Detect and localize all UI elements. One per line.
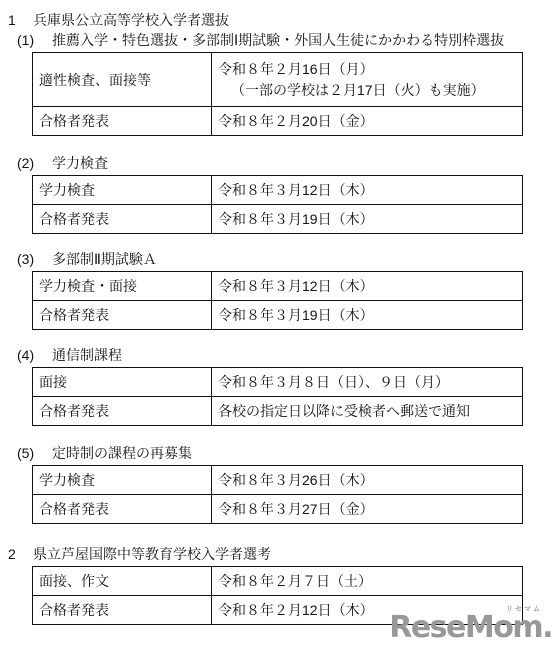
table-row: 面接 令和８年３月８日（日）、９日（月） <box>33 368 523 397</box>
section-suisen: (1)推薦入学・特色選抜・多部制Ⅰ期試験・外国人生徒にかかわる特別枠選抜 適性検… <box>0 31 558 136</box>
row-label-cell: 合格者発表 <box>33 397 212 426</box>
row-value-cell: 令和８年３月８日（日）、９日（月） <box>212 368 523 397</box>
heading-title: 県立芦屋国際中等教育学校入学者選考 <box>33 546 271 562</box>
table-row: 合格者発表 令和８年３月19日（木） <box>33 301 523 330</box>
heading-level2: (3)多部制Ⅱ期試験Ａ <box>17 250 558 268</box>
heading-level2: (4)通信制課程 <box>17 346 558 364</box>
row-value-cell: 令和８年３月26日（木） <box>212 466 523 495</box>
table-row: 合格者発表 令和８年２月20日（金） <box>33 107 523 136</box>
heading-number: (2) <box>17 154 52 172</box>
row-value-cell: 令和８年２月16日（月） （一部の学校は２月17日（火）も実施） <box>212 53 523 107</box>
heading-number: (5) <box>17 444 52 462</box>
row-label-cell: 合格者発表 <box>33 205 212 234</box>
row-label-cell: 合格者発表 <box>33 495 212 524</box>
heading-title: 学力検査 <box>52 155 108 171</box>
heading-title: 兵庫県公立高等学校入学者選抜 <box>33 12 229 28</box>
heading-number: (1) <box>17 31 52 49</box>
heading-title: 通信制課程 <box>52 347 122 363</box>
schedule-table: 学力検査・面接 令和８年３月12日（木） 合格者発表 令和８年３月19日（木） <box>32 271 523 330</box>
schedule-table: 学力検査 令和８年３月26日（木） 合格者発表 令和８年３月27日（金） <box>32 465 523 524</box>
row-label-cell: 合格者発表 <box>33 301 212 330</box>
heading-number: 1 <box>8 11 33 29</box>
heading-level2: (1)推薦入学・特色選抜・多部制Ⅰ期試験・外国人生徒にかかわる特別枠選抜 <box>17 31 558 49</box>
row-value-cell: 令和８年３月12日（木） <box>212 272 523 301</box>
table-row: 学力検査 令和８年３月12日（木） <box>33 176 523 205</box>
table-row: 適性検査、面接等 令和８年２月16日（月） （一部の学校は２月17日（火）も実施… <box>33 53 523 107</box>
heading-level1-ashiya: 2県立芦屋国際中等教育学校入学者選考 <box>8 545 558 563</box>
section-teijisei: (5)定時制の課程の再募集 学力検査 令和８年３月26日（木） 合格者発表 令和… <box>0 444 558 524</box>
row-value-cell: 令和８年３月19日（木） <box>212 205 523 234</box>
row-value-cell: 令和８年３月27日（金） <box>212 495 523 524</box>
row-label-cell: 学力検査・面接 <box>33 272 212 301</box>
section-gakuryoku: (2)学力検査 学力検査 令和８年３月12日（木） 合格者発表 令和８年３月19… <box>0 154 558 234</box>
row-value-cell: 令和８年２月12日（木） <box>212 596 523 625</box>
section-ashiya-kokusai: 2県立芦屋国際中等教育学校入学者選考 面接、作文 令和８年２月７日（土） 合格者… <box>0 545 558 625</box>
row-value-cell: 令和８年２月７日（土） <box>212 567 523 596</box>
schedule-table: 面接 令和８年３月８日（日）、９日（月） 合格者発表 各校の指定日以降に受検者へ… <box>32 367 523 426</box>
row-value-cell: 令和８年２月20日（金） <box>212 107 523 136</box>
heading-level1-hyogo: 1兵庫県公立高等学校入学者選抜 <box>8 11 558 29</box>
table-row: 合格者発表 令和８年２月12日（木） <box>33 596 523 625</box>
row-value-line1: 令和８年２月16日（月） <box>218 59 516 80</box>
section-tsushinsei: (4)通信制課程 面接 令和８年３月８日（日）、９日（月） 合格者発表 各校の指… <box>0 346 558 426</box>
schedule-table: 適性検査、面接等 令和８年２月16日（月） （一部の学校は２月17日（火）も実施… <box>32 52 523 136</box>
row-value-cell: 各校の指定日以降に受検者へ郵送で通知 <box>212 397 523 426</box>
table-row: 合格者発表 各校の指定日以降に受検者へ郵送で通知 <box>33 397 523 426</box>
row-value-line2: （一部の学校は２月17日（火）も実施） <box>218 80 516 101</box>
row-label-cell: 学力検査 <box>33 466 212 495</box>
row-label-cell: 学力検査 <box>33 176 212 205</box>
table-row: 合格者発表 令和８年３月27日（金） <box>33 495 523 524</box>
heading-title: 推薦入学・特色選抜・多部制Ⅰ期試験・外国人生徒にかかわる特別枠選抜 <box>52 32 504 48</box>
schedule-table: 面接、作文 令和８年２月７日（土） 合格者発表 令和８年２月12日（木） <box>32 566 523 625</box>
table-row: 学力検査 令和８年３月26日（木） <box>33 466 523 495</box>
heading-level2: (2)学力検査 <box>17 154 558 172</box>
table-row: 面接、作文 令和８年２月７日（土） <box>33 567 523 596</box>
heading-title: 定時制の課程の再募集 <box>52 445 192 461</box>
table-row: 学力検査・面接 令和８年３月12日（木） <box>33 272 523 301</box>
heading-title: 多部制Ⅱ期試験Ａ <box>52 251 157 267</box>
row-label-cell: 面接 <box>33 368 212 397</box>
row-value-cell: 令和８年３月19日（木） <box>212 301 523 330</box>
document-page: 1兵庫県公立高等学校入学者選抜 (1)推薦入学・特色選抜・多部制Ⅰ期試験・外国人… <box>0 0 558 646</box>
heading-number: 2 <box>8 545 33 563</box>
schedule-table: 学力検査 令和８年３月12日（木） 合格者発表 令和８年３月19日（木） <box>32 175 523 234</box>
row-value-cell: 令和８年３月12日（木） <box>212 176 523 205</box>
heading-number: (3) <box>17 250 52 268</box>
heading-level2: (5)定時制の課程の再募集 <box>17 444 558 462</box>
row-label-cell: 合格者発表 <box>33 596 212 625</box>
row-label-cell: 面接、作文 <box>33 567 212 596</box>
heading-number: (4) <box>17 346 52 364</box>
table-row: 合格者発表 令和８年３月19日（木） <box>33 205 523 234</box>
section-tabusei-2ki: (3)多部制Ⅱ期試験Ａ 学力検査・面接 令和８年３月12日（木） 合格者発表 令… <box>0 250 558 330</box>
row-label-cell: 合格者発表 <box>33 107 212 136</box>
row-label-cell: 適性検査、面接等 <box>33 53 212 107</box>
